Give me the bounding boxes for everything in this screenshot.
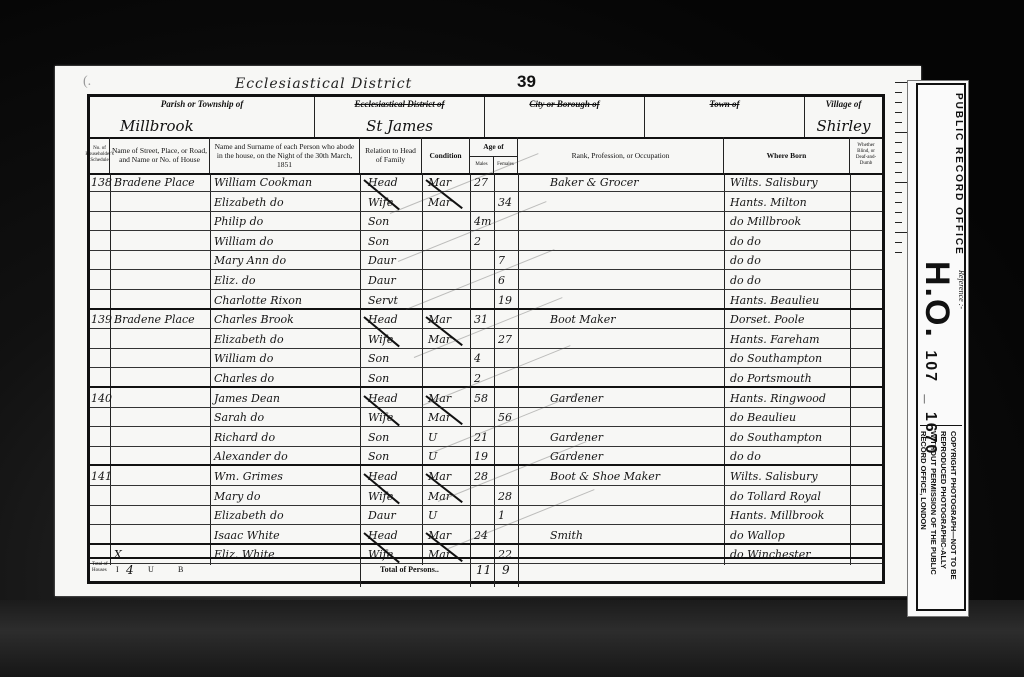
person-name-cell: Philip do — [214, 212, 263, 231]
birthplace-cell: Wilts. Salisbury — [730, 467, 818, 486]
city-cell: City or Borough of — [485, 97, 645, 137]
birthplace-cell: do Beaulieu — [730, 408, 796, 427]
schedule-number-cell: 141 — [91, 467, 112, 486]
top-annotation: Ecclesiastical District — [235, 76, 412, 92]
table-row: 140James DeanHeadMar58GardenerHants. Rin… — [90, 389, 882, 408]
occupation-cell: Gardener — [550, 389, 603, 408]
reference-strip: PUBLIC RECORD OFFICE Reference :- H.O. 1… — [907, 80, 969, 617]
ecclesiastical-value: St James — [315, 117, 484, 135]
ruler-tick — [895, 242, 902, 243]
person-name-cell: William do — [214, 349, 273, 368]
birthplace-cell: do do — [730, 251, 761, 270]
person-name-cell: Charlotte Rixon — [214, 291, 302, 310]
table-row: Isaac WhiteHeadMar24Smithdo Wallop — [90, 526, 882, 545]
table-row: William doSon4do Southampton — [90, 349, 882, 368]
person-name-cell: Mary Ann do — [214, 251, 286, 270]
relation-cell: Son — [368, 212, 389, 231]
table-row: Elizabeth doWifeMar34Hants. Milton — [90, 193, 882, 212]
person-name-cell: Elizabeth do — [214, 330, 284, 349]
table-row: Mary doWifeMar28do Tollard Royal — [90, 487, 882, 506]
ruler-tick — [895, 162, 902, 163]
location-header-row: Parish or Township of Millbrook Ecclesia… — [90, 97, 882, 139]
ruler-tick — [895, 202, 902, 203]
col-condition: Condition — [422, 137, 470, 173]
houses-inhabited-prefix: I — [116, 559, 119, 581]
corner-stamp-mark: (. — [83, 74, 91, 90]
person-name-cell: Eliz. do — [214, 271, 256, 290]
total-persons-females: 9 — [502, 559, 510, 581]
copyright-notice: COPYRIGHT PHOTOGRAPH—NOT TO BE REPRODUCE… — [918, 431, 958, 601]
ruler-tick — [895, 92, 902, 93]
birthplace-cell: Dorset. Poole — [730, 310, 805, 329]
table-row: Philip doSon4mdo Millbrook — [90, 212, 882, 231]
schedule-frame: Parish or Township of Millbrook Ecclesia… — [87, 94, 885, 584]
person-name-cell: Charles Brook — [214, 310, 294, 329]
occupation-cell: Smith — [550, 526, 583, 545]
birthplace-cell: do Portsmouth — [730, 369, 812, 388]
relation-cell: Son — [368, 369, 389, 388]
relation-cell: Daur — [368, 271, 396, 290]
age-female-cell: 34 — [498, 193, 512, 212]
houses-uninhabited-prefix: U — [148, 559, 154, 581]
person-name-cell: Elizabeth do — [214, 193, 284, 212]
birthplace-cell: do do — [730, 232, 761, 251]
condition-cell: Mar — [428, 408, 451, 427]
relation-cell: Servt — [368, 291, 398, 310]
reference-strip-frame: PUBLIC RECORD OFFICE Reference :- H.O. 1… — [916, 83, 966, 611]
relation-cell: Wife — [368, 408, 393, 427]
birthplace-cell: do Tollard Royal — [730, 487, 821, 506]
age-male-cell: 2 — [474, 232, 481, 251]
city-label: City or Borough of — [485, 99, 644, 109]
table-row: Eliz. doDaur6do do — [90, 271, 882, 290]
table-row: Elizabeth doWifeMar27Hants. Fareham — [90, 330, 882, 349]
village-value: Shirley — [805, 117, 882, 135]
col-where-born: Where Born — [724, 137, 850, 173]
occupation-cell: Gardener — [550, 447, 603, 466]
table-row: Sarah doWifeMar56do Beaulieu — [90, 408, 882, 427]
street-name-cell: Bradene Place — [114, 310, 195, 329]
total-houses-label: Total of Houses — [92, 559, 110, 584]
public-record-office-title: PUBLIC RECORD OFFICE — [953, 93, 964, 256]
parish-value: Millbrook — [90, 117, 314, 135]
age-female-cell: 6 — [498, 271, 505, 290]
age-female-cell: 27 — [498, 330, 512, 349]
condition-cell: U — [428, 506, 437, 525]
relation-cell: Son — [368, 232, 389, 251]
table-row: Elizabeth doDaurU1Hants. Millbrook — [90, 506, 882, 525]
background-bottom-band — [0, 600, 1024, 677]
birthplace-cell: do Southampton — [730, 428, 822, 447]
street-name-cell: Bradene Place — [114, 173, 195, 192]
person-name-cell: Richard do — [214, 428, 275, 447]
birthplace-cell: Hants. Fareham — [730, 330, 820, 349]
census-sheet: (. Ecclesiastical District 39 Parish or … — [55, 66, 921, 596]
age-female-cell: 28 — [498, 487, 512, 506]
town-cell: Town of — [645, 97, 805, 137]
table-row: 138Bradene PlaceWilliam CookmanHeadMar27… — [90, 173, 882, 192]
birthplace-cell: do Southampton — [730, 349, 822, 368]
ruler-tick — [895, 212, 902, 213]
ecclesiastical-label: Ecclesiastical District of — [315, 99, 484, 109]
age-male-cell: 4 — [474, 349, 481, 368]
birthplace-cell: Hants. Ringwood — [730, 389, 826, 408]
table-row: Alexander doSonU19Gardenerdo do — [90, 447, 882, 466]
col-age-males: Males — [470, 157, 494, 173]
birthplace-cell: Wilts. Salisbury — [730, 173, 818, 192]
totals-row: Total of Houses I 4 U B Total of Persons… — [90, 557, 882, 581]
ruler-tick — [895, 192, 902, 193]
column-header-row: No. of Householder's Schedule Name of St… — [90, 137, 882, 175]
ruler-tick — [895, 102, 902, 103]
ruler-tick — [895, 232, 907, 233]
houses-building-prefix: B — [178, 559, 183, 581]
table-row: 141Wm. GrimesHeadMar28Boot & Shoe MakerW… — [90, 467, 882, 486]
col-relation: Relation to Head of Family — [360, 137, 422, 173]
person-name-cell: Alexander do — [214, 447, 288, 466]
birthplace-cell: do do — [730, 447, 761, 466]
table-row: William doSon2do do — [90, 232, 882, 251]
occupation-cell: Baker & Grocer — [550, 173, 638, 192]
relation-cell: Son — [368, 349, 389, 368]
person-name-cell: Charles do — [214, 369, 274, 388]
reference-label: Reference :- — [957, 270, 966, 309]
birthplace-cell: do do — [730, 271, 761, 290]
age-male-cell: 2 — [474, 369, 481, 388]
occupation-cell: Boot Maker — [550, 310, 616, 329]
houses-inhabited-value: 4 — [126, 559, 134, 581]
relation-cell: Daur — [368, 251, 396, 270]
relation-cell: Son — [368, 447, 389, 466]
town-label: Town of — [645, 99, 804, 109]
ruler-tick — [895, 172, 902, 173]
col-blind-deaf: Whether Blind, or Deaf-and-Dumb — [850, 137, 882, 173]
birthplace-cell: Hants. Milton — [730, 193, 807, 212]
birthplace-cell: Hants. Beaulieu — [730, 291, 819, 310]
relation-cell: Son — [368, 428, 389, 447]
parish-cell: Parish or Township of Millbrook — [90, 97, 315, 137]
ruler-tick — [895, 112, 902, 113]
person-name-cell: Isaac White — [214, 526, 280, 545]
table-row: Charlotte RixonServt19Hants. Beaulieu — [90, 291, 882, 310]
table-row: Mary Ann doDaur7do do — [90, 251, 882, 270]
age-female-cell: 1 — [498, 506, 505, 525]
ruler-tick — [895, 132, 907, 133]
occupation-cell: Boot & Shoe Maker — [550, 467, 660, 486]
birthplace-cell: do Wallop — [730, 526, 785, 545]
person-name-cell: Sarah do — [214, 408, 264, 427]
ruler-tick — [895, 122, 902, 123]
col-street: Name of Street, Place, or Road, and Name… — [110, 137, 210, 173]
age-male-cell: 58 — [474, 389, 488, 408]
age-male-cell: 19 — [474, 447, 488, 466]
ruler-tick — [895, 182, 907, 183]
village-label: Village of — [805, 99, 882, 109]
schedule-number-cell: 140 — [91, 389, 112, 408]
page-number: 39 — [517, 72, 536, 92]
ruler-tick — [895, 142, 902, 143]
condition-cell: U — [428, 428, 437, 447]
person-name-cell: William do — [214, 232, 273, 251]
person-name-cell: Wm. Grimes — [214, 467, 283, 486]
relation-cell: Wife — [368, 487, 393, 506]
reference-number: 107 — [922, 350, 939, 383]
birthplace-cell: Hants. Millbrook — [730, 506, 824, 525]
ruler-tick — [895, 222, 902, 223]
col-occupation: Rank, Profession, or Occupation — [518, 137, 724, 173]
total-persons-label: Total of Persons.. — [380, 559, 439, 581]
person-name-cell: William Cookman — [214, 173, 312, 192]
total-persons-males: 11 — [476, 559, 491, 581]
table-row: 139Bradene PlaceCharles BrookHeadMar31Bo… — [90, 310, 882, 329]
person-name-cell: Elizabeth do — [214, 506, 284, 525]
parish-label: Parish or Township of — [90, 99, 314, 109]
col-age-of: Age of — [470, 137, 518, 157]
ecclesiastical-cell: Ecclesiastical District of St James — [315, 97, 485, 137]
relation-cell: Wife — [368, 330, 393, 349]
age-male-cell: 31 — [474, 310, 488, 329]
col-name: Name and Surname of each Person who abod… — [210, 137, 360, 173]
age-female-cell: 7 — [498, 251, 505, 270]
village-cell: Village of Shirley — [805, 97, 882, 137]
relation-cell: Daur — [368, 506, 396, 525]
ruler-tick — [895, 152, 902, 153]
person-name-cell: Mary do — [214, 487, 260, 506]
relation-cell: Wife — [368, 193, 393, 212]
ruler-tick — [895, 252, 902, 253]
reference-code-prefix: H.O. — [918, 261, 956, 339]
col-schedule-no: No. of Householder's Schedule — [90, 137, 110, 173]
schedule-number-cell: 139 — [91, 310, 112, 329]
schedule-number-cell: 138 — [91, 173, 112, 192]
relation-cell: Head — [368, 310, 398, 329]
ruler-tick — [895, 82, 907, 83]
birthplace-cell: do Millbrook — [730, 212, 801, 231]
age-female-cell: 19 — [498, 291, 512, 310]
person-name-cell: James Dean — [214, 389, 280, 408]
